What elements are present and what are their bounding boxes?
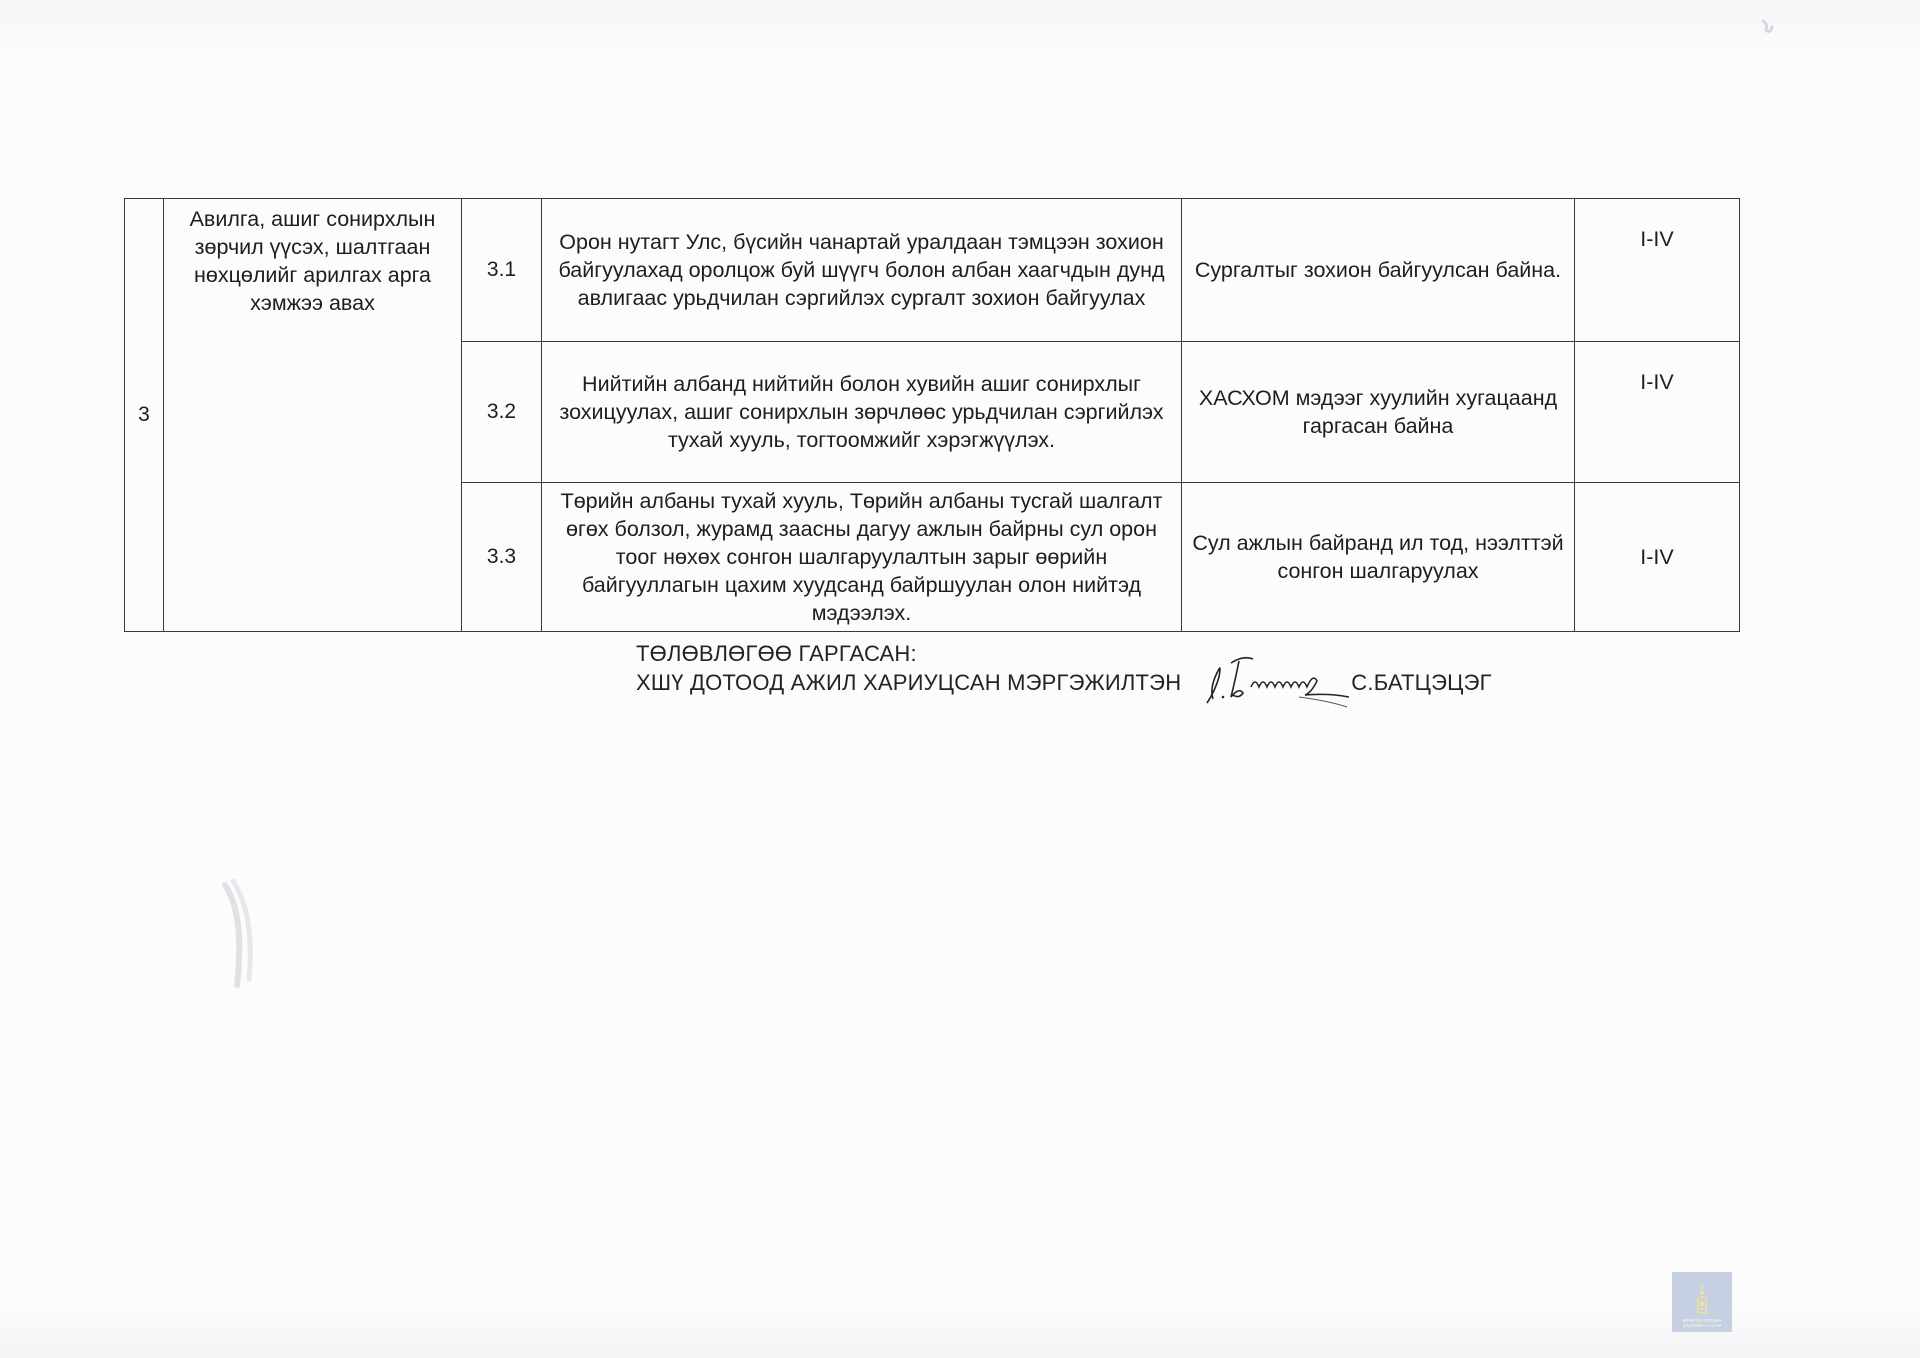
group-title-cell: Авилга, ашиг сонирхлын зөрчил үүсэх, шал… [164,199,462,632]
signer-name: С.БАТЦЭЦЭГ [1351,669,1491,696]
expected-result-cell: ХАСХОМ мэдээг хуулийн хугацаанд гаргасан… [1182,342,1575,483]
activity-cell: Төрийн албаны тухай хууль, Төрийн албаны… [542,483,1182,632]
signature-icon [1199,647,1349,709]
sub-number-cell: 3.2 [462,342,542,483]
action-plan-table: 3 Авилга, ашиг сонирхлын зөрчил үүсэх, ш… [124,198,1740,632]
group-number-cell: 3 [125,199,164,632]
soyombo-emblem-icon [1697,1285,1707,1315]
expected-result-cell: Сургалтыг зохион байгуулсан байна. [1182,199,1575,342]
activity-cell: Орон нутагт Улс, бүсийн чанартай уралдаа… [542,199,1182,342]
seal-text-line2: ЗАСГИЙН ГАЗАР [1683,1323,1722,1328]
expected-result-cell: Сул ажлын байранд ил тод, нээлттэй сонго… [1182,483,1575,632]
signer-position: ХШҮ ДОТООД АЖИЛ ХАРИУЦСАН МЭРГЭЖИЛТЭН [636,669,1181,696]
activity-cell: Нийтийн албанд нийтийн болон хувийн ашиг… [542,342,1182,483]
timeframe-cell: I-IV [1575,483,1740,632]
timeframe-cell: I-IV [1575,199,1740,342]
prepared-by-label: ТӨЛӨВЛӨГӨӨ ГАРГАСАН: [636,640,1492,667]
sub-number-cell: 3.3 [462,483,542,632]
table-row: 3 Авилга, ашиг сонирхлын зөрчил үүсэх, ш… [125,199,1740,342]
sub-number-cell: 3.1 [462,199,542,342]
government-seal-logo: МОНГОЛ УЛСЫН ЗАСГИЙН ГАЗАР [1672,1272,1732,1332]
scan-smudge-icon [215,875,275,995]
timeframe-cell: I-IV [1575,342,1740,483]
scan-speck-icon [1760,18,1776,38]
signoff-block: ТӨЛӨВЛӨГӨӨ ГАРГАСАН: ХШҮ ДОТООД АЖИЛ ХАР… [636,640,1492,697]
